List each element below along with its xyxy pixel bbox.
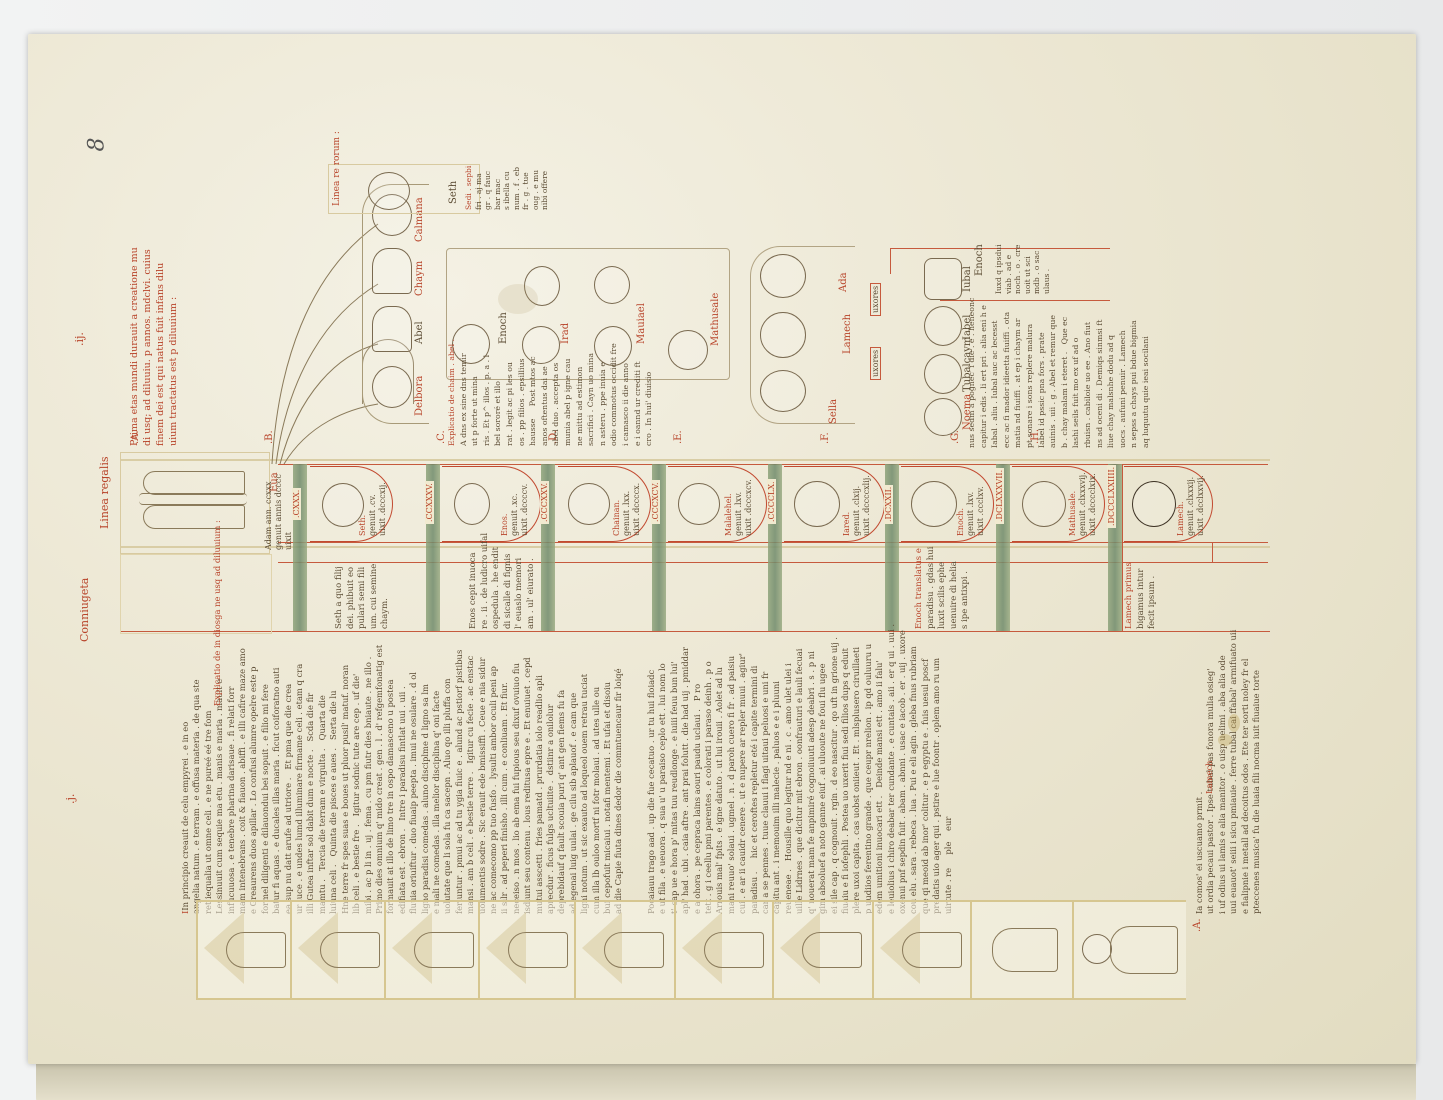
- numeral-mathusale: .DCLXXXVII.: [995, 468, 1004, 524]
- genesis-text-column-2: Pocaiauu trago aad . up die fue cecatuo …: [646, 624, 954, 914]
- section-letter-e: .E.: [673, 430, 684, 444]
- sella-label: Sella: [828, 399, 839, 424]
- linea-regalis-label: Linea regalis: [98, 456, 111, 529]
- seth-tail-label: Seth: [448, 181, 459, 204]
- adam-note-box: [120, 554, 272, 634]
- enoch-side-note: Iuxd q ipsdui viab . ad e noch . o . cre…: [994, 245, 1051, 294]
- cain-abel-explanation: Explicatio de chaim . abel . A dns ex si…: [446, 339, 655, 446]
- ada-label: Ada: [838, 272, 849, 292]
- mathusale-cain-label: Mathusale: [710, 293, 721, 346]
- adam-caption: Adam ann. ccxxx genuit annis dcccc uixit: [264, 474, 294, 550]
- creator-figure: [414, 932, 474, 968]
- numeral-enoch: .DCXXII.: [884, 485, 893, 524]
- numeral-iared: .CCCCLX.: [767, 479, 776, 524]
- creation-frame-1: [196, 900, 292, 1000]
- seth-top-note: Sedi . sepbi fri . aj ma gr . q fauc bar…: [464, 166, 550, 210]
- delbora-label: Delbora: [414, 376, 425, 416]
- numeral-chainan: .CCCXXV.: [540, 481, 549, 524]
- uxores-label-1: uxores: [870, 347, 881, 380]
- creator-figure: [320, 932, 380, 968]
- enos-portrait: [454, 483, 490, 525]
- iubal-figure: [924, 258, 962, 300]
- stain: [498, 284, 538, 314]
- lamech-caption: Lamech. genuit .clxxxij. uixit .dcclxxvi…: [1176, 475, 1206, 536]
- folio-number: 8: [85, 138, 110, 152]
- genesis-text-column-1: IIn principio creauit de celu empyrei . …: [180, 645, 625, 914]
- creation-frame-9: [970, 900, 1074, 1000]
- creator-figure: [902, 932, 962, 968]
- adam-eve-panel: [120, 452, 270, 554]
- section-letter-f: .F.: [820, 432, 831, 444]
- creator-figure: [704, 932, 764, 968]
- reclining-figure: [992, 928, 1058, 972]
- lamech-closing-head: Lamech: [1204, 760, 1215, 794]
- seth-small-portrait: [368, 172, 410, 210]
- red-rule: [1122, 464, 1123, 631]
- genesis-rubric: Explicatio de in diosga ne usq ad diluui…: [212, 520, 223, 706]
- malalehel-portrait: [678, 483, 720, 525]
- seth-note: Seth a quo filij dei. phibuit eo pulari …: [334, 564, 392, 629]
- chainan-caption: Chainan. genuit .lxx. uixit .dccccx.: [612, 483, 642, 536]
- malalehel-caption: Malalehel. genuit .lxv. uixit .dcccxcv.: [724, 479, 754, 536]
- lamech-explanation: nus sedm a pognec' i die . e . heneonc c…: [966, 298, 1152, 448]
- enoch-side-label: Enoch: [974, 244, 985, 276]
- linea-rerum-label: Linea re rorum :: [332, 131, 342, 206]
- enos-caption: Enos. genuit .xc. uixit .dccccv.: [500, 484, 530, 536]
- facing-page-edge: [36, 1064, 1416, 1100]
- numeral-seth: .CXXX.: [292, 488, 301, 520]
- creator-figure: [802, 932, 862, 968]
- iared-portrait: [794, 481, 840, 527]
- chaym-label: Chaym: [414, 261, 425, 296]
- numeral-malalehel: .CCCXCV.: [651, 480, 660, 524]
- running-mark-i: .j.: [64, 794, 77, 804]
- red-rule: [890, 248, 891, 274]
- eve-figure: [143, 471, 245, 495]
- noema-portrait: [924, 398, 962, 436]
- lamech-portrait: [1132, 481, 1176, 527]
- creator-figure: [226, 932, 286, 968]
- creation-frame-8: [872, 900, 972, 1000]
- numeral-lamech: .DCCCLXXIIII.: [1107, 465, 1116, 528]
- section-marker-a-bottom: .A.: [1192, 918, 1203, 932]
- uxores-label-2: uxores: [870, 283, 881, 316]
- stain: [1218, 734, 1232, 746]
- running-mark-ii: .ij.: [73, 332, 86, 346]
- mathusale-portrait: [1022, 481, 1066, 527]
- lamech-note: Lamech primus bigamus intur fecit ipsum …: [1124, 562, 1159, 629]
- seth-caption: Seth. genuit .cv. uixit .dcccxij.: [358, 482, 388, 536]
- lamech-cain-label: Lamech: [842, 314, 853, 354]
- christ-enthroned-frame: [1072, 900, 1186, 1000]
- creation-frame-3: [384, 900, 480, 1000]
- creation-frame-5: [574, 900, 676, 1000]
- iabel-portrait: [924, 306, 962, 346]
- christ-figure: [1110, 926, 1178, 974]
- enos-note: Enos cepit inuoca re . ii . de ludicro u…: [468, 533, 537, 629]
- christ-halo: [1082, 934, 1112, 964]
- tubalcaym-portrait: [924, 354, 962, 394]
- chainan-portrait: [568, 483, 610, 525]
- enoch-portrait: [911, 481, 957, 527]
- creation-frame-4: [478, 900, 576, 1000]
- mathusale-caption: Mathusale. genuit .clxxxvij. uixit .dccc…: [1068, 472, 1098, 536]
- iubal-label: Iubal: [962, 266, 973, 292]
- abel-label: Abel: [414, 321, 425, 344]
- red-rule: [1212, 542, 1213, 562]
- age-of-world-note: Prima etas mundi durauit a creatione mu …: [128, 247, 180, 446]
- numeral-enos: .CCXXXV.: [425, 481, 434, 524]
- manuscript-page: 8 Prima etas mundi durauit a creatione m…: [28, 34, 1416, 1064]
- mauiael-label: Mauiael: [636, 303, 647, 344]
- conniugeta-label: Conniugeta: [78, 578, 91, 642]
- iared-caption: Iared. genuit .clxij. uixit .dccccxlij.: [842, 475, 872, 536]
- creation-frame-7: [772, 900, 874, 1000]
- enoch-caption: Enoch. genuit .lxv. uixit .ccclxv.: [956, 486, 986, 536]
- enoch-note: Enoch translatus e paradisu . gdas hui l…: [914, 547, 972, 629]
- adam-figure: [143, 505, 245, 529]
- section-letter-a: .A.: [130, 430, 141, 444]
- stain: [1228, 714, 1240, 732]
- creation-frame-2: [290, 900, 386, 1000]
- creation-frame-6: [674, 900, 774, 1000]
- creator-figure: [508, 932, 568, 968]
- creator-figure: [604, 932, 664, 968]
- serpent-tree: [139, 493, 247, 505]
